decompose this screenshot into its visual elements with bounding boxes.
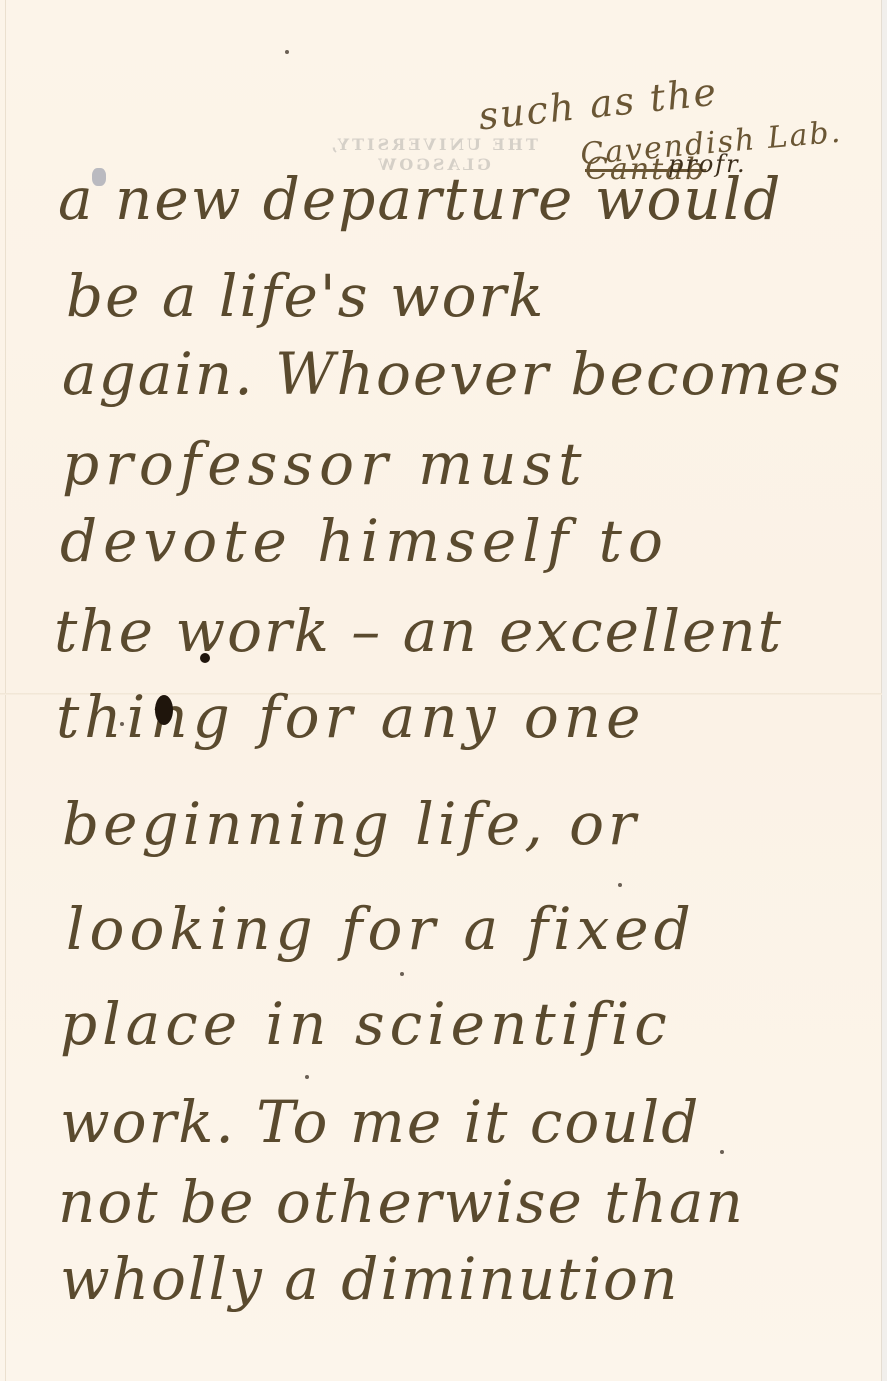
handwritten-line-6: the work – an excellent	[54, 597, 783, 665]
handwritten-line-13: wholly a diminution	[60, 1245, 679, 1313]
handwritten-line-5: devote himself to	[60, 507, 669, 575]
paper-left-edge	[5, 0, 6, 1381]
handwritten-line-11: work. To me it could	[60, 1088, 700, 1156]
paper-speck	[618, 883, 622, 887]
handwritten-line-2: be a life's work	[66, 262, 545, 330]
handwritten-line-9: looking for a fixed	[66, 895, 696, 963]
ink-blot-work	[200, 653, 210, 663]
handwritten-line-3: again. Whoever becomes	[62, 340, 842, 408]
handwritten-line-10: place in scientific	[60, 990, 672, 1058]
paper-speck	[120, 722, 124, 726]
paper-speck	[400, 972, 404, 976]
letter-page: THE UNIVERSITY, GLASGOW such as the Cave…	[0, 0, 887, 1381]
handwritten-line-4: professor must	[62, 430, 588, 498]
handwritten-line-7: thing for any one	[56, 683, 645, 751]
handwritten-line-1: a new departure would	[58, 165, 782, 233]
letterhead-line-1: THE UNIVERSITY,	[318, 135, 548, 155]
paper-speck	[285, 50, 289, 54]
paper-speck	[305, 1075, 309, 1079]
paper-right-edge	[881, 0, 887, 1381]
handwritten-line-12: not be otherwise than	[58, 1168, 745, 1236]
paper-speck	[720, 1150, 724, 1154]
ink-blot-thing	[155, 695, 173, 725]
handwritten-line-8: beginning life, or	[62, 790, 640, 858]
